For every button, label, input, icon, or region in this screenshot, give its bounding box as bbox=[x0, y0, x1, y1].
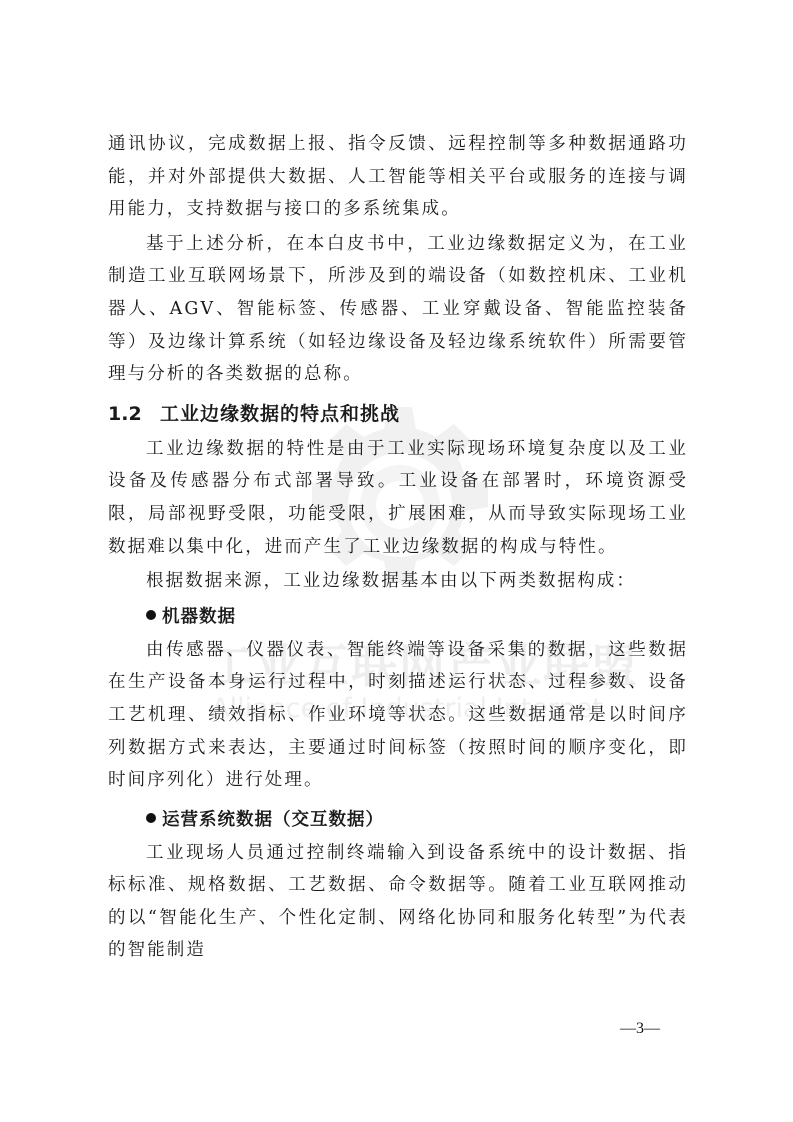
bullet-heading: 机器数据 bbox=[108, 600, 688, 634]
section-number: 1.2 bbox=[108, 395, 160, 433]
document-body: 通讯协议，完成数据上报、指令反馈、远程控制等多种数据通路功能，并对外部提供大数据… bbox=[108, 128, 688, 967]
bullet-dot-icon bbox=[146, 813, 156, 823]
paragraph: 基于上述分析，在本白皮书中，工业边缘数据定义为，在工业制造工业互联网场景下，所涉… bbox=[108, 228, 688, 391]
bullet-heading: 运营系统数据（交互数据） bbox=[108, 803, 688, 837]
paragraph: 由传感器、仪器仪表、智能终端等设备采集的数据，这些数据在生产设备本身运行过程中，… bbox=[108, 634, 688, 797]
paragraph: 通讯协议，完成数据上报、指令反馈、远程控制等多种数据通路功能，并对外部提供大数据… bbox=[108, 128, 688, 226]
bullet-dot-icon bbox=[146, 610, 156, 620]
paragraph: 根据数据来源，工业边缘数据基本由以下两类数据构成： bbox=[108, 565, 688, 598]
bullet-title: 运营系统数据（交互数据） bbox=[162, 810, 384, 830]
section-title: 工业边缘数据的特点和挑战 bbox=[160, 403, 400, 425]
paragraph: 工业现场人员通过控制终端输入到设备系统中的设计数据、指标标准、规格数据、工艺数据… bbox=[108, 837, 688, 967]
paragraph: 工业边缘数据的特性是由于工业实际现场环境复杂度以及工业设备及传感器分布式部署导致… bbox=[108, 433, 688, 563]
bullet-title: 机器数据 bbox=[162, 607, 236, 627]
page-number: —3— bbox=[620, 1020, 660, 1038]
document-page: 工业互联网产业联盟 Alliance of Industrial Interne… bbox=[0, 0, 793, 1122]
section-heading: 1.2工业边缘数据的特点和挑战 bbox=[108, 395, 688, 433]
